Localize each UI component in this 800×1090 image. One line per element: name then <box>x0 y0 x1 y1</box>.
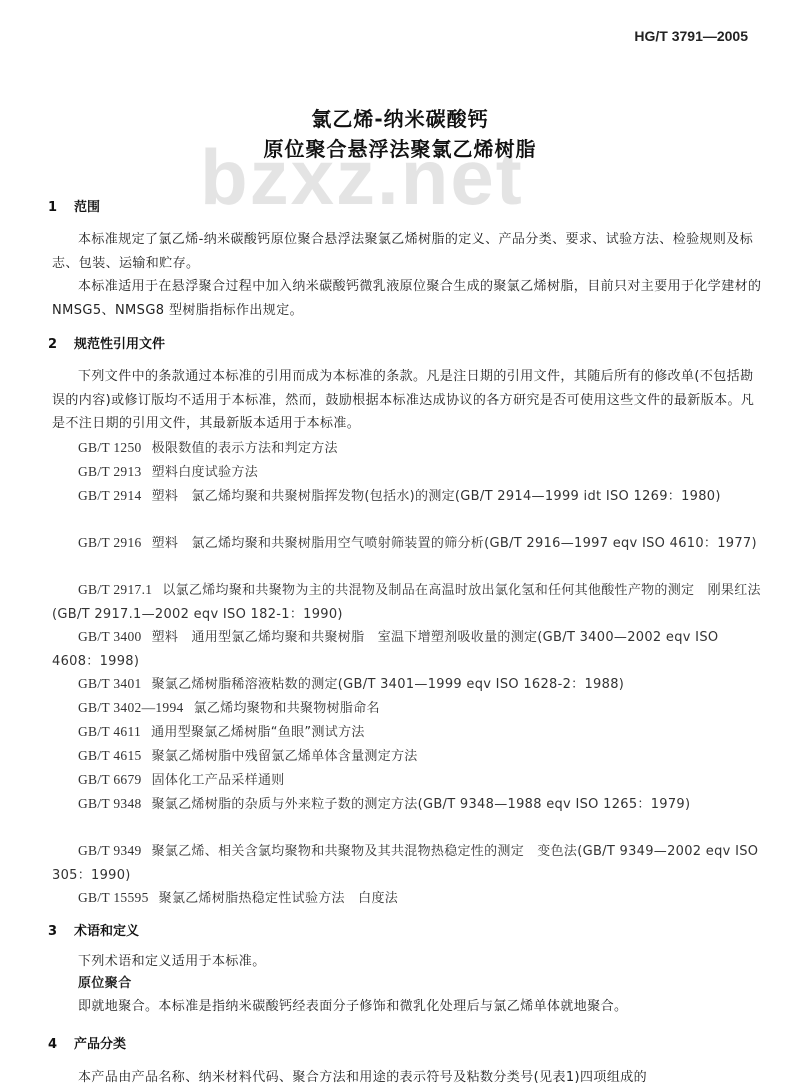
section-1-heading: 1范围 <box>48 196 100 215</box>
reference-code: GB/T 2914 <box>52 484 142 508</box>
reference-title: 塑料白度试验方法 <box>152 465 258 480</box>
reference-code: GB/T 15595 <box>52 886 149 910</box>
reference-item: GB/T 3400塑料 通用型氯乙烯均聚和共聚树脂 室温下增塑剂吸收量的测定(G… <box>52 625 762 673</box>
reference-code: GB/T 4611 <box>52 720 141 744</box>
standard-code: HG/T 3791—2005 <box>634 28 748 44</box>
section-3-heading: 3术语和定义 <box>48 920 139 939</box>
section-number: 3 <box>48 924 74 939</box>
section-1-paragraph-1: 本标准规定了氯乙烯-纳米碳酸钙原位聚合悬浮法聚氯乙烯树脂的定义、产品分类、要求、… <box>52 228 762 275</box>
reference-title: 聚氯乙烯树脂稀溶液粘数的测定(GB/T 3401—1999 eqv ISO 16… <box>152 677 625 692</box>
document-title-line2: 原位聚合悬浮法聚氯乙烯树脂 <box>0 133 800 162</box>
reference-code: GB/T 2916 <box>52 531 142 555</box>
paragraph-text: 本产品由产品名称、纳米材料代码、聚合方法和用途的表示符号及粘数分类号(见表1)四… <box>78 1070 647 1085</box>
paragraph-text: 本标准规定了氯乙烯-纳米碳酸钙原位聚合悬浮法聚氯乙烯树脂的定义、产品分类、要求、… <box>52 232 753 271</box>
document-title-line1: 氯乙烯-纳米碳酸钙 <box>0 103 800 132</box>
reference-title: 极限数值的表示方法和判定方法 <box>152 441 338 456</box>
reference-item: GB/T 9349聚氯乙烯、相关含氯均聚物和共聚物及其共混物热稳定性的测定 变色… <box>52 839 762 887</box>
section-1-paragraph-2: 本标准适用于在悬浮聚合过程中加入纳米碳酸钙微乳液原位聚合生成的聚氯乙烯树脂，目前… <box>52 275 762 322</box>
reference-title: 氯乙烯均聚物和共聚物树脂命名 <box>194 701 380 716</box>
reference-code: GB/T 6679 <box>52 768 142 792</box>
section-number: 4 <box>48 1037 74 1052</box>
section-4-intro: 本产品由产品名称、纳米材料代码、聚合方法和用途的表示符号及粘数分类号(见表1)四… <box>52 1066 762 1090</box>
section-2-intro: 下列文件中的条款通过本标准的引用而成为本标准的条款。凡是注日期的引用文件，其随后… <box>52 365 762 436</box>
reference-item: GB/T 2917.1以氯乙烯均聚和共聚物为主的共混物及制品在高温时放出氯化氢和… <box>52 578 762 626</box>
reference-code: GB/T 3402—1994 <box>52 696 184 720</box>
reference-title: 聚氯乙烯树脂的杂质与外来粒子数的测定方法(GB/T 9348—1988 eqv … <box>152 797 691 812</box>
section-number: 1 <box>48 200 74 215</box>
reference-title: 塑料 氯乙烯均聚和共聚树脂用空气喷射筛装置的筛分析(GB/T 2916—1997… <box>152 536 757 551</box>
reference-item: GB/T 3402—1994氯乙烯均聚物和共聚物树脂命名 <box>52 696 762 721</box>
reference-item: GB/T 4611通用型聚氯乙烯树脂“鱼眼”测试方法 <box>52 720 762 745</box>
reference-title: 固体化工产品采样通则 <box>152 773 285 788</box>
reference-item: GB/T 3401聚氯乙烯树脂稀溶液粘数的测定(GB/T 3401—1999 e… <box>52 672 762 697</box>
section-title: 规范性引用文件 <box>74 337 165 352</box>
reference-code: GB/T 4615 <box>52 744 142 768</box>
section-3-intro: 下列术语和定义适用于本标准。 <box>52 950 762 974</box>
section-4-heading: 4产品分类 <box>48 1033 126 1052</box>
reference-code: GB/T 3401 <box>52 672 142 696</box>
term-definition: 即就地聚合。本标准是指纳米碳酸钙经表面分子修饰和微乳化处理后与氯乙烯单体就地聚合… <box>78 995 758 1019</box>
reference-title: 聚氯乙烯、相关含氯均聚物和共聚物及其共混物热稳定性的测定 变色法(GB/T 93… <box>52 844 758 883</box>
section-number: 2 <box>48 337 74 352</box>
paragraph-text: 下列术语和定义适用于本标准。 <box>78 954 266 969</box>
section-title: 产品分类 <box>74 1037 126 1052</box>
reference-code: GB/T 9348 <box>52 792 142 816</box>
reference-item: GB/T 2913塑料白度试验方法 <box>52 460 762 485</box>
reference-item: GB/T 4615聚氯乙烯树脂中残留氯乙烯单体含量测定方法 <box>52 744 762 769</box>
paragraph-text: 本标准适用于在悬浮聚合过程中加入纳米碳酸钙微乳液原位聚合生成的聚氯乙烯树脂，目前… <box>52 279 761 318</box>
section-2-heading: 2规范性引用文件 <box>48 333 165 352</box>
reference-item: GB/T 9348聚氯乙烯树脂的杂质与外来粒子数的测定方法(GB/T 9348—… <box>52 792 762 817</box>
term-name: 原位聚合 <box>78 972 788 996</box>
reference-code: GB/T 2917.1 <box>52 578 152 602</box>
section-title: 术语和定义 <box>74 924 139 939</box>
reference-code: GB/T 1250 <box>52 436 142 460</box>
paragraph-text: 下列文件中的条款通过本标准的引用而成为本标准的条款。凡是注日期的引用文件，其随后… <box>52 369 754 431</box>
reference-title: 通用型聚氯乙烯树脂“鱼眼”测试方法 <box>151 725 365 740</box>
reference-item: GB/T 2916塑料 氯乙烯均聚和共聚树脂用空气喷射筛装置的筛分析(GB/T … <box>52 531 762 556</box>
reference-title: 塑料 通用型氯乙烯均聚和共聚树脂 室温下增塑剂吸收量的测定(GB/T 3400—… <box>52 630 718 669</box>
reference-item: GB/T 15595聚氯乙烯树脂热稳定性试验方法 白度法 <box>52 886 762 911</box>
reference-title: 以氯乙烯均聚和共聚物为主的共混物及制品在高温时放出氯化氢和任何其他酸性产物的测定… <box>52 583 761 622</box>
section-title: 范围 <box>74 200 100 215</box>
reference-item: GB/T 1250极限数值的表示方法和判定方法 <box>52 436 762 461</box>
reference-title: 聚氯乙烯树脂中残留氯乙烯单体含量测定方法 <box>152 749 418 764</box>
reference-item: GB/T 6679固体化工产品采样通则 <box>52 768 762 793</box>
reference-code: GB/T 3400 <box>52 625 142 649</box>
reference-title: 聚氯乙烯树脂热稳定性试验方法 白度法 <box>159 891 398 906</box>
reference-code: GB/T 9349 <box>52 839 142 863</box>
reference-item: GB/T 2914塑料 氯乙烯均聚和共聚树脂挥发物(包括水)的测定(GB/T 2… <box>52 484 762 509</box>
reference-title: 塑料 氯乙烯均聚和共聚树脂挥发物(包括水)的测定(GB/T 2914—1999 … <box>152 489 721 504</box>
reference-code: GB/T 2913 <box>52 460 142 484</box>
